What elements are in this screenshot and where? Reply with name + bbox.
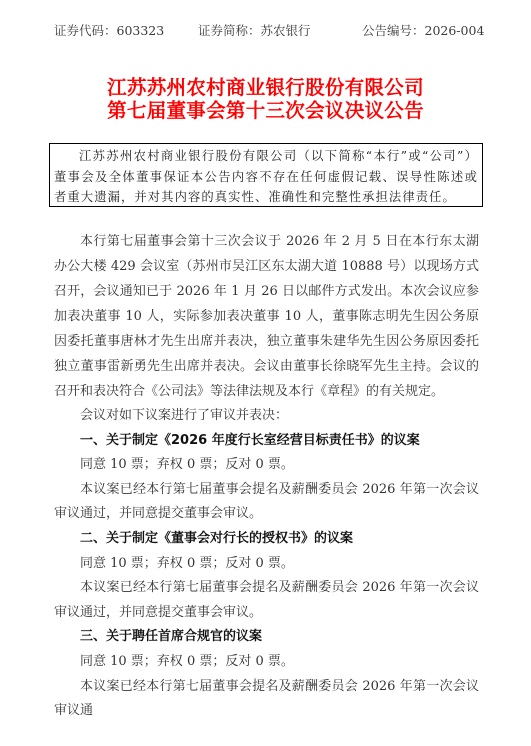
proposal-2-vote: 同意 10 票；弃权 0 票；反对 0 票。 xyxy=(54,552,479,577)
proposal-3-vote: 同意 10 票；弃权 0 票；反对 0 票。 xyxy=(54,650,479,675)
proposal-1-note: 本议案已经本行第七届董事会提名及薪酬委员会 2026 年第一次会议审议通过，并同… xyxy=(54,478,479,527)
proposal-1-heading: 一、关于制定《2026 年度行长室经营目标责任书》的议案 xyxy=(54,429,479,454)
disclaimer-text: 江苏苏州农村商业银行股份有限公司（以下简称“本行”或“公司”）董事会及全体董事保… xyxy=(54,146,478,208)
proposals-lead: 会议对如下议案进行了审议并表决： xyxy=(54,404,479,429)
document-body: 本行第七届董事会第十三次会议于 2026 年 2 月 5 日在本行东太湖办公大楼… xyxy=(54,229,479,724)
proposal-2-note: 本议案已经本行第七届董事会提名及薪酬委员会 2026 年第一次会议审议通过，并同… xyxy=(54,576,479,625)
security-code: 证券代码：603323 xyxy=(54,21,164,39)
announcement-header: 证券代码：603323 证券简称：苏农银行 公告编号：2026-004 xyxy=(0,21,531,39)
security-name: 证券简称：苏农银行 xyxy=(198,21,311,39)
announcement-number: 公告编号：2026-004 xyxy=(362,21,484,39)
title-line-1: 江苏苏州农村商业银行股份有限公司 xyxy=(0,76,531,99)
proposal-3-note: 本议案已经本行第七届董事会提名及薪酬委员会 2026 年第一次会议审议通 xyxy=(54,675,479,724)
disclaimer-box: 江苏苏州农村商业银行股份有限公司（以下简称“本行”或“公司”）董事会及全体董事保… xyxy=(49,143,483,207)
title-line-2: 第七届董事会第十三次会议决议公告 xyxy=(0,99,531,122)
intro-paragraph: 本行第七届董事会第十三次会议于 2026 年 2 月 5 日在本行东太湖办公大楼… xyxy=(54,229,479,404)
proposal-2-heading: 二、关于制定《董事会对行长的授权书》的议案 xyxy=(54,527,479,552)
document-title: 江苏苏州农村商业银行股份有限公司 第七届董事会第十三次会议决议公告 xyxy=(0,76,531,122)
proposal-3-heading: 三、关于聘任首席合规官的议案 xyxy=(54,625,479,650)
proposal-1-vote: 同意 10 票；弃权 0 票；反对 0 票。 xyxy=(54,453,479,478)
